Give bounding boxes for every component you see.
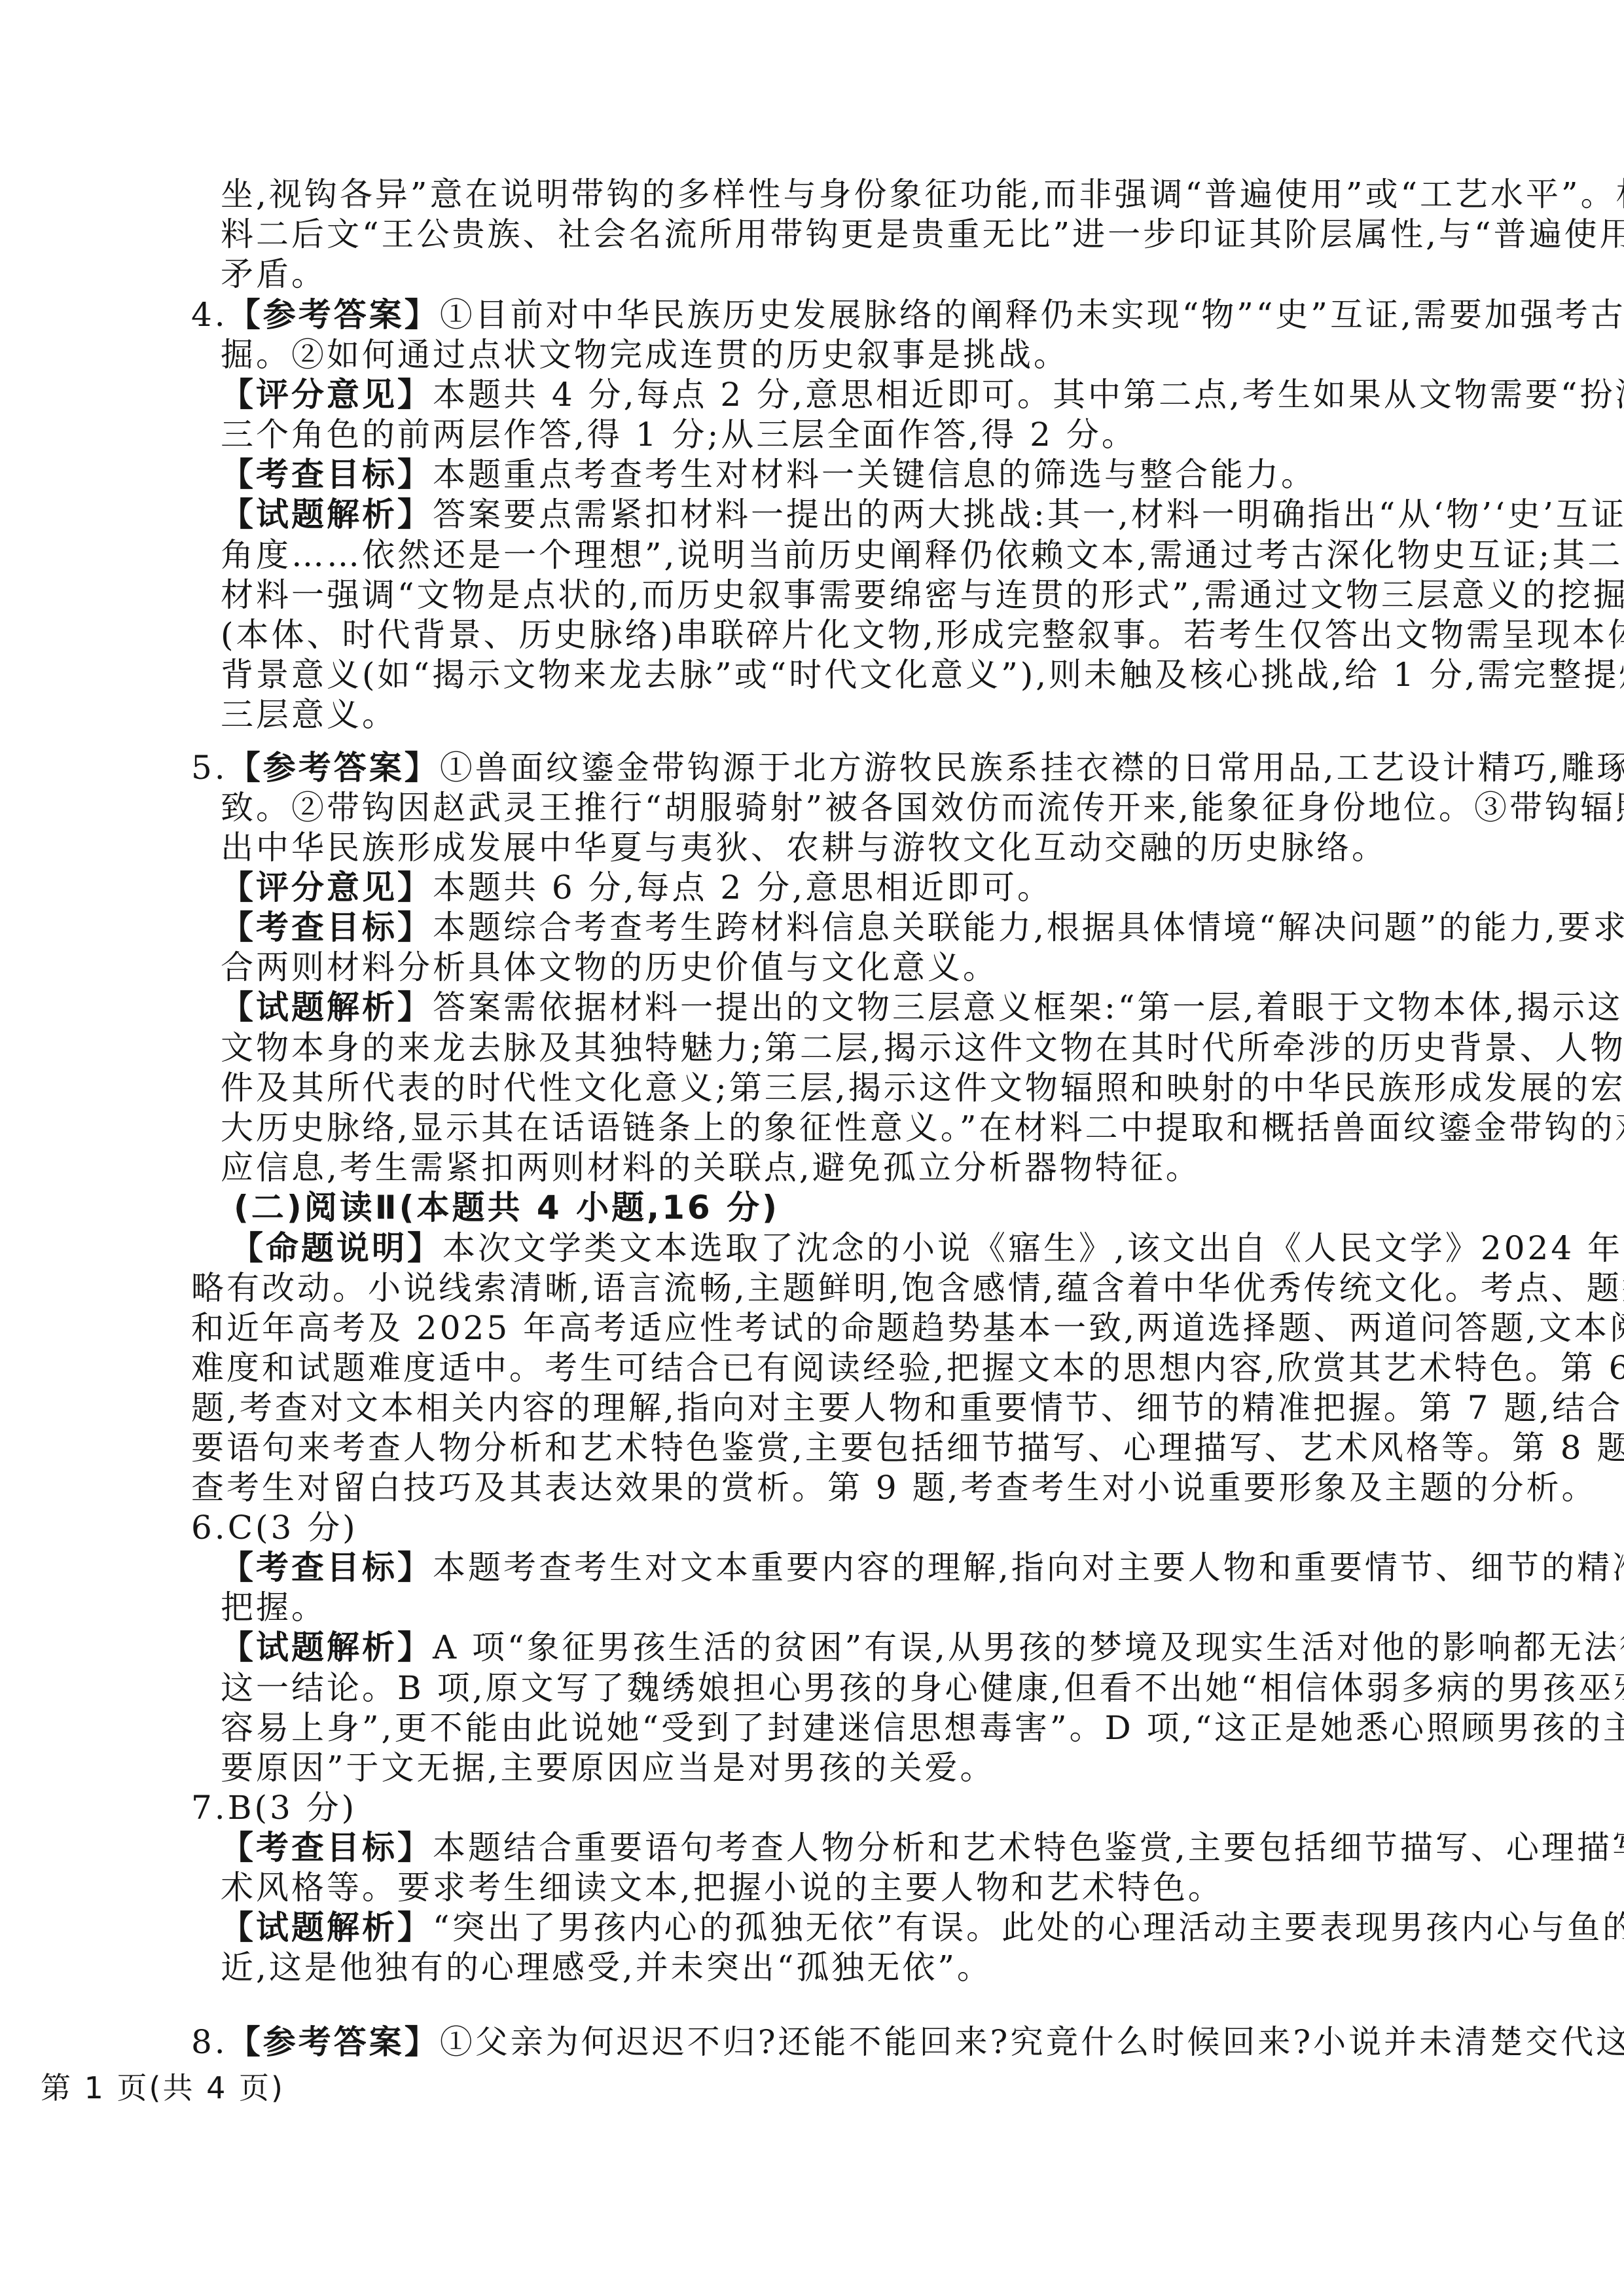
- analysis-tag: 【试题解析】: [221, 495, 433, 533]
- q5-analysis-line: 件及其所代表的时代性文化意义;第三层,揭示这件文物辐照和映射的中华民族形成发展的…: [221, 1067, 1441, 1108]
- q7-goal-line: 术风格等。要求考生细读文本,把握小说的主要人物和艺术特色。: [221, 1867, 1441, 1908]
- q6-analysis-first-line: 【试题解析】A 项“象征男孩生活的贫困”有误,从男孩的梦境及现实生活对他的影响都…: [221, 1627, 1441, 1668]
- q8-answer-first-line: 8.【参考答案】①父亲为何迟迟不归?还能不能回来?究竟什么时候回来?小说并未清楚…: [191, 2022, 1441, 2062]
- q5-answer-first-line: 5.【参考答案】①兽面纹鎏金带钩源于北方游牧民族系挂衣襟的日常用品,工艺设计精巧…: [191, 747, 1441, 788]
- intro-first-line: 【命题说明】本次文学类文本选取了沈念的小说《寤生》,该文出自《人民文学》2024…: [230, 1228, 1447, 1268]
- q4-scoring-line: 三个角色的前两层作答,得 1 分;从三层全面作答,得 2 分。: [221, 414, 1441, 455]
- answer-tag: 【参考答案】: [228, 2023, 440, 2061]
- question-number: 8.: [191, 2023, 228, 2061]
- intro-line: 查考生对留白技巧及其表达效果的赏析。第 9 题,考查考生对小说重要形象及主题的分…: [191, 1467, 1447, 1508]
- page-number-footer: 第 1 页(共 4 页): [41, 2068, 285, 2108]
- scoring-text: 本题共 6 分,每点 2 分,意思相近即可。: [433, 869, 1053, 906]
- q5-analysis-line: 文物本身的来龙去脉及其独特魅力;第二层,揭示这件文物在其时代所牵涉的历史背景、人…: [221, 1028, 1441, 1068]
- intro-tag: 【命题说明】: [230, 1229, 442, 1267]
- q4-answer-line: 掘。②如何通过点状文物完成连贯的历史叙事是挑战。: [221, 334, 1441, 375]
- q4-answer-first-line: 4.【参考答案】①目前对中华民族历史发展脉络的阐释仍未实现“物”“史”互证,需要…: [191, 295, 1441, 335]
- goal-text: 本题考查考生对文本重要内容的理解,指向对主要人物和重要情节、细节的精准: [433, 1549, 1624, 1587]
- question-number: 5.: [191, 749, 228, 787]
- goal-tag: 【考查目标】: [221, 908, 433, 946]
- q4-analysis-line: 材料一强调“文物是点状的,而历史叙事需要绵密与连贯的形式”,需通过文物三层意义的…: [221, 575, 1441, 615]
- answer-tag: 【参考答案】: [228, 749, 440, 787]
- intro-text: 本次文学类文本选取了沈念的小说《寤生》,该文出自《人民文学》2024 年第 11…: [442, 1229, 1624, 1267]
- answer-text: ①父亲为何迟迟不归?还能不能回来?究竟什么时候回来?小说并未清楚交代这: [440, 2023, 1624, 2061]
- q4-analysis-line: 背景意义(如“揭示文物来龙去脉”或“时代文化意义”),则未触及核心挑战,给 1 …: [221, 655, 1441, 695]
- analysis-text: “突出了男孩内心的孤独无依”有误。此处的心理活动主要表现男孩内心与鱼的亲: [433, 1909, 1624, 1946]
- q6-analysis-line: 容易上身”,更不能由此说她“受到了封建迷信思想毒害”。D 项,“这正是她悉心照顾…: [221, 1708, 1441, 1748]
- q5-scoring-line: 【评分意见】本题共 6 分,每点 2 分,意思相近即可。: [221, 867, 1441, 908]
- goal-text: 本题重点考查考生对材料一关键信息的筛选与整合能力。: [433, 456, 1316, 493]
- q3-continuation-line: 坐,视钩各异”意在说明带钩的多样性与身份象征功能,而非强调“普遍使用”或“工艺水…: [221, 174, 1441, 215]
- intro-line: 题,考查对文本相关内容的理解,指向对主要人物和重要情节、细节的精准把握。第 7 …: [191, 1388, 1447, 1428]
- q5-answer-line: 致。②带钩因赵武灵王推行“胡服骑射”被各国效仿而流传开来,能象征身份地位。③带钩…: [221, 787, 1441, 828]
- q3-continuation-line: 料二后文“王公贵族、社会名流所用带钩更是贵重无比”进一步印证其阶层属性,与“普遍…: [221, 214, 1441, 255]
- q4-scoring-first-line: 【评分意见】本题共 4 分,每点 2 分,意思相近即可。其中第二点,考生如果从文…: [221, 374, 1441, 415]
- answer-choice: B(3 分): [228, 1789, 357, 1827]
- question-number: 7.: [191, 1789, 228, 1827]
- q4-analysis-first-line: 【试题解析】答案要点需紧扣材料一提出的两大挑战:其一,材料一明确指出“从‘物’‘…: [221, 494, 1441, 535]
- q5-goal-line: 合两则材料分析具体文物的历史价值与文化意义。: [221, 947, 1441, 988]
- q6-goal-first-line: 【考查目标】本题考查考生对文本重要内容的理解,指向对主要人物和重要情节、细节的精…: [221, 1547, 1441, 1588]
- q5-answer-line: 出中华民族形成发展中华夏与夷狄、农耕与游牧文化互动交融的历史脉络。: [221, 827, 1441, 868]
- scoring-tag: 【评分意见】: [221, 376, 433, 414]
- goal-text: 本题综合考查考生跨材料信息关联能力,根据具体情境“解决问题”的能力,要求结: [433, 908, 1624, 946]
- q6-analysis-line: 这一结论。B 项,原文写了魏绣娘担心男孩的身心健康,但看不出她“相信体弱多病的男…: [221, 1668, 1441, 1708]
- q4-analysis-line: 角度……依然还是一个理想”,说明当前历史阐释仍依赖文本,需通过考古深化物史互证;…: [221, 535, 1441, 575]
- q7-analysis-first-line: 【试题解析】“突出了男孩内心的孤独无依”有误。此处的心理活动主要表现男孩内心与鱼…: [221, 1907, 1441, 1948]
- section-heading: (二)阅读Ⅱ(本题共 4 小题,16 分): [234, 1187, 780, 1228]
- q5-analysis-line: 应信息,考生需紧扣两则材料的关联点,避免孤立分析器物特征。: [221, 1147, 1441, 1188]
- q4-analysis-line: (本体、时代背景、历史脉络)串联碎片化文物,形成完整叙事。若考生仅答出文物需呈现…: [221, 615, 1441, 655]
- q5-analysis-line: 大历史脉络,显示其在话语链条上的象征性意义。”在材料二中提取和概括兽面纹鎏金带钩…: [221, 1107, 1441, 1148]
- intro-line: 和近年高考及 2025 年高考适应性考试的命题趋势基本一致,两道选择题、两道问答…: [191, 1308, 1447, 1348]
- analysis-text: A 项“象征男孩生活的贫困”有误,从男孩的梦境及现实生活对他的影响都无法得出: [433, 1628, 1624, 1666]
- scoring-tag: 【评分意见】: [221, 869, 433, 906]
- q7-goal-first-line: 【考查目标】本题结合重要语句考查人物分析和艺术特色鉴赏,主要包括细节描写、心理描…: [221, 1827, 1441, 1868]
- intro-line: 要语句来考查人物分析和艺术特色鉴赏,主要包括细节描写、心理描写、艺术风格等。第 …: [191, 1427, 1447, 1468]
- analysis-tag: 【试题解析】: [221, 988, 433, 1026]
- analysis-text: 答案需依据材料一提出的文物三层意义框架:“第一层,着眼于文物本体,揭示这件: [433, 988, 1624, 1026]
- q6-analysis-line: 要原因”于文无据,主要原因应当是对男孩的关爱。: [221, 1748, 1441, 1788]
- answer-text: ①目前对中华民族历史发展脉络的阐释仍未实现“物”“史”互证,需要加强考古发: [440, 296, 1624, 334]
- q4-analysis-line: 三层意义。: [221, 694, 1441, 735]
- q7-analysis-line: 近,这是他独有的心理感受,并未突出“孤独无依”。: [221, 1947, 1441, 1988]
- q6-goal-line: 把握。: [221, 1587, 1441, 1628]
- goal-tag: 【考查目标】: [221, 1549, 433, 1587]
- goal-tag: 【考查目标】: [221, 456, 433, 493]
- scoring-text: 本题共 4 分,每点 2 分,意思相近即可。其中第二点,考生如果从文物需要“扮演…: [433, 376, 1624, 414]
- q6-answer-line: 6.C(3 分): [191, 1507, 1441, 1548]
- intro-line: 难度和试题难度适中。考生可结合已有阅读经验,把握文本的思想内容,欣赏其艺术特色。…: [191, 1348, 1447, 1388]
- q4-goal-line: 【考查目标】本题重点考查考生对材料一关键信息的筛选与整合能力。: [221, 454, 1441, 495]
- q5-goal-first-line: 【考查目标】本题综合考查考生跨材料信息关联能力,根据具体情境“解决问题”的能力,…: [221, 907, 1441, 948]
- intro-line: 略有改动。小说线索清晰,语言流畅,主题鲜明,饱含感情,蕴含着中华优秀传统文化。考…: [191, 1268, 1447, 1308]
- analysis-tag: 【试题解析】: [221, 1909, 433, 1946]
- q7-answer-line: 7.B(3 分): [191, 1787, 1441, 1828]
- answer-key-page: 坐,视钩各异”意在说明带钩的多样性与身份象征功能,而非强调“普遍使用”或“工艺水…: [0, 0, 1624, 2296]
- analysis-tag: 【试题解析】: [221, 1628, 433, 1666]
- analysis-text: 答案要点需紧扣材料一提出的两大挑战:其一,材料一明确指出“从‘物’‘史’互证的: [433, 495, 1624, 533]
- q3-continuation-line: 矛盾。: [221, 254, 1441, 295]
- question-number: 6.: [191, 1509, 228, 1547]
- answer-choice: C(3 分): [228, 1509, 358, 1547]
- answer-tag: 【参考答案】: [228, 296, 440, 334]
- goal-tag: 【考查目标】: [221, 1829, 433, 1867]
- answer-text: ①兽面纹鎏金带钩源于北方游牧民族系挂衣襟的日常用品,工艺设计精巧,雕琢细: [440, 749, 1624, 787]
- goal-text: 本题结合重要语句考查人物分析和艺术特色鉴赏,主要包括细节描写、心理描写、艺: [433, 1829, 1624, 1867]
- question-number: 4.: [191, 296, 228, 334]
- q5-analysis-first-line: 【试题解析】答案需依据材料一提出的文物三层意义框架:“第一层,着眼于文物本体,揭…: [221, 987, 1441, 1028]
